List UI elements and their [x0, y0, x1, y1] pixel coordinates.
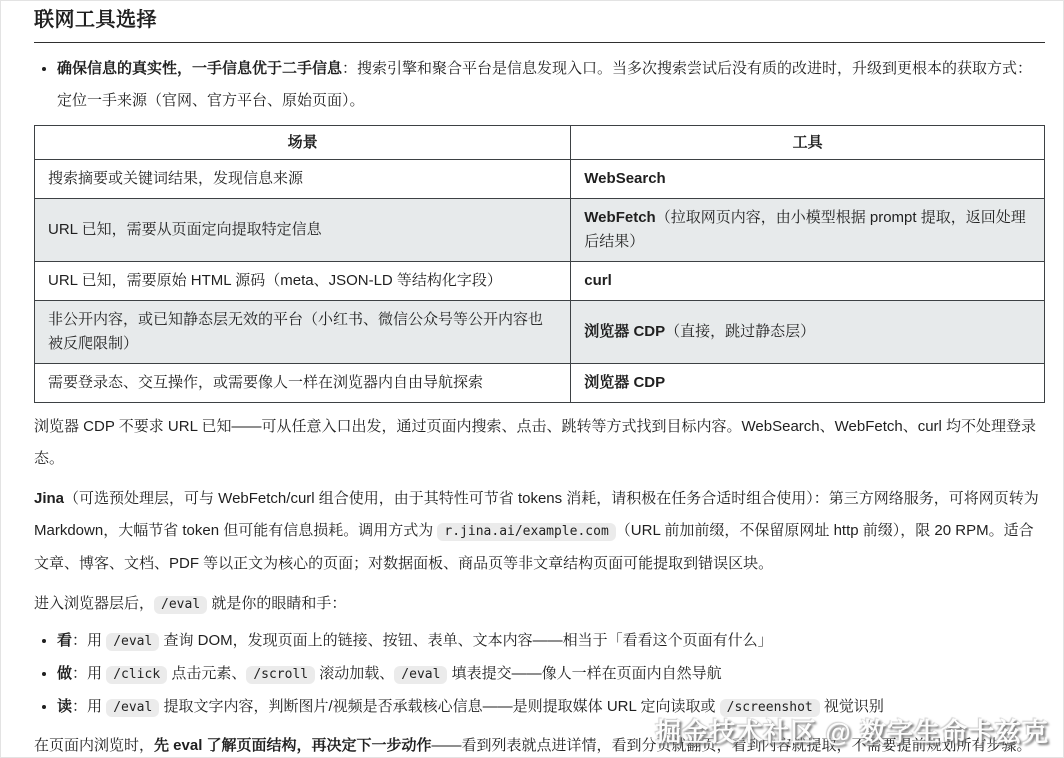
enter-browser-text-2: 就是你的眼睛和手： [207, 595, 346, 612]
tool-cell: WebSearch [571, 160, 1045, 199]
table-row: 搜索摘要或关键词结果，发现信息来源 WebSearch [35, 160, 1045, 199]
action-text: 点击元素、 [167, 665, 246, 682]
action-text: ：用 [72, 698, 106, 715]
screenshot-command-code: /screenshot [720, 699, 820, 717]
scene-cell: 搜索摘要或关键词结果，发现信息来源 [35, 160, 571, 199]
tool-selection-table: 场景 工具 搜索摘要或关键词结果，发现信息来源 WebSearch URL 已知… [34, 125, 1045, 403]
eval-command-code: /eval [106, 699, 159, 717]
click-command-code: /click [106, 666, 167, 684]
tool-note: （直接，跳过静态层） [665, 323, 815, 340]
scene-cell: URL 已知，需要原始 HTML 源码（meta、JSON-LD 等结构化字段） [35, 262, 571, 301]
outro-bold: 先 eval 了解页面结构，再决定下一步动作 [154, 737, 432, 754]
enter-browser-paragraph: 进入浏览器层后，/eval 就是你的眼睛和手： [34, 588, 1045, 621]
action-label: 读 [57, 698, 72, 715]
intro-bullet: 确保信息的真实性，一手信息优于二手信息：搜索引擎和聚合平台是信息发现入口。当多次… [57, 53, 1045, 117]
action-text: 查询 DOM，发现页面上的链接、按钮、表单、文本内容——相当于「看看这个页面有什… [159, 632, 772, 649]
table-header-row: 场景 工具 [35, 126, 1045, 160]
enter-browser-text: 进入浏览器层后， [34, 595, 154, 612]
action-label: 看 [57, 632, 72, 649]
column-header-scene: 场景 [35, 126, 571, 160]
tool-name: WebFetch [584, 209, 655, 226]
action-text: 滚动加载、 [315, 665, 394, 682]
scene-cell: 需要登录态、交互操作，或需要像人一样在浏览器内自由导航探索 [35, 364, 571, 403]
column-header-tool: 工具 [571, 126, 1045, 160]
table-row: 需要登录态、交互操作，或需要像人一样在浏览器内自由导航探索 浏览器 CDP [35, 364, 1045, 403]
action-bullet-see: 看：用 /eval 查询 DOM，发现页面上的链接、按钮、表单、文本内容——相当… [57, 625, 1045, 658]
tool-name: 浏览器 CDP [584, 374, 665, 391]
eval-command-code: /eval [106, 633, 159, 651]
eval-command-code: /eval [394, 666, 447, 684]
action-bullet-read: 读：用 /eval 提取文字内容，判断图片/视频是否承载核心信息——是则提取媒体… [57, 691, 1045, 724]
tool-cell: WebFetch（拉取网页内容，由小模型根据 prompt 提取，返回处理后结果… [571, 199, 1045, 262]
scene-cell: 非公开内容，或已知静态层无效的平台（小红书、微信公众号等公开内容也被反爬限制） [35, 301, 571, 364]
table-row: URL 已知，需要原始 HTML 源码（meta、JSON-LD 等结构化字段）… [35, 262, 1045, 301]
jina-paragraph: Jina（可选预处理层，可与 WebFetch/curl 组合使用，由于其特性可… [34, 483, 1045, 580]
scene-cell: URL 已知，需要从页面定向提取特定信息 [35, 199, 571, 262]
action-label: 做 [57, 665, 72, 682]
tool-name: 浏览器 CDP [584, 323, 665, 340]
cdp-paragraph: 浏览器 CDP 不要求 URL 已知——可从任意入口出发，通过页面内搜索、点击、… [34, 411, 1045, 475]
tool-name: curl [584, 272, 612, 289]
eval-command-code: /eval [154, 596, 207, 614]
outro-paragraph: 在页面内浏览时，先 eval 了解页面结构，再决定下一步动作——看到列表就点进详… [34, 730, 1045, 758]
action-text: ：用 [72, 665, 106, 682]
intro-bullet-bold: 确保信息的真实性，一手信息优于二手信息 [57, 60, 342, 77]
tool-cell: curl [571, 262, 1045, 301]
scroll-command-code: /scroll [246, 666, 315, 684]
markdown-document: { "page": { "title": "联网工具选择" }, "colors… [0, 0, 1064, 758]
outro-text-2: ——看到列表就点进详情，看到分页就翻页，看到内容就提取，不需要提前规划所有步骤。 [432, 737, 1032, 754]
action-text: 视觉识别 [820, 698, 884, 715]
tool-cell: 浏览器 CDP（直接，跳过静态层） [571, 301, 1045, 364]
tool-name: WebSearch [584, 170, 665, 187]
outro-text: 在页面内浏览时， [34, 737, 154, 754]
jina-url-code: r.jina.ai/example.com [437, 523, 615, 541]
action-text: 提取文字内容，判断图片/视频是否承载核心信息——是则提取媒体 URL 定向读取或 [159, 698, 719, 715]
action-list: 看：用 /eval 查询 DOM，发现页面上的链接、按钮、表单、文本内容——相当… [34, 625, 1045, 724]
action-text: 填表提交——像人一样在页面内自然导航 [447, 665, 721, 682]
intro-list: 确保信息的真实性，一手信息优于二手信息：搜索引擎和聚合平台是信息发现入口。当多次… [34, 53, 1045, 117]
table-row: URL 已知，需要从页面定向提取特定信息 WebFetch（拉取网页内容，由小模… [35, 199, 1045, 262]
table-row: 非公开内容，或已知静态层无效的平台（小红书、微信公众号等公开内容也被反爬限制） … [35, 301, 1045, 364]
action-text: ：用 [72, 632, 106, 649]
jina-label: Jina [34, 490, 64, 507]
tool-cell: 浏览器 CDP [571, 364, 1045, 403]
title-divider [34, 42, 1045, 43]
page-title: 联网工具选择 [34, 7, 1045, 33]
action-bullet-do: 做：用 /click 点击元素、/scroll 滚动加载、/eval 填表提交—… [57, 658, 1045, 691]
